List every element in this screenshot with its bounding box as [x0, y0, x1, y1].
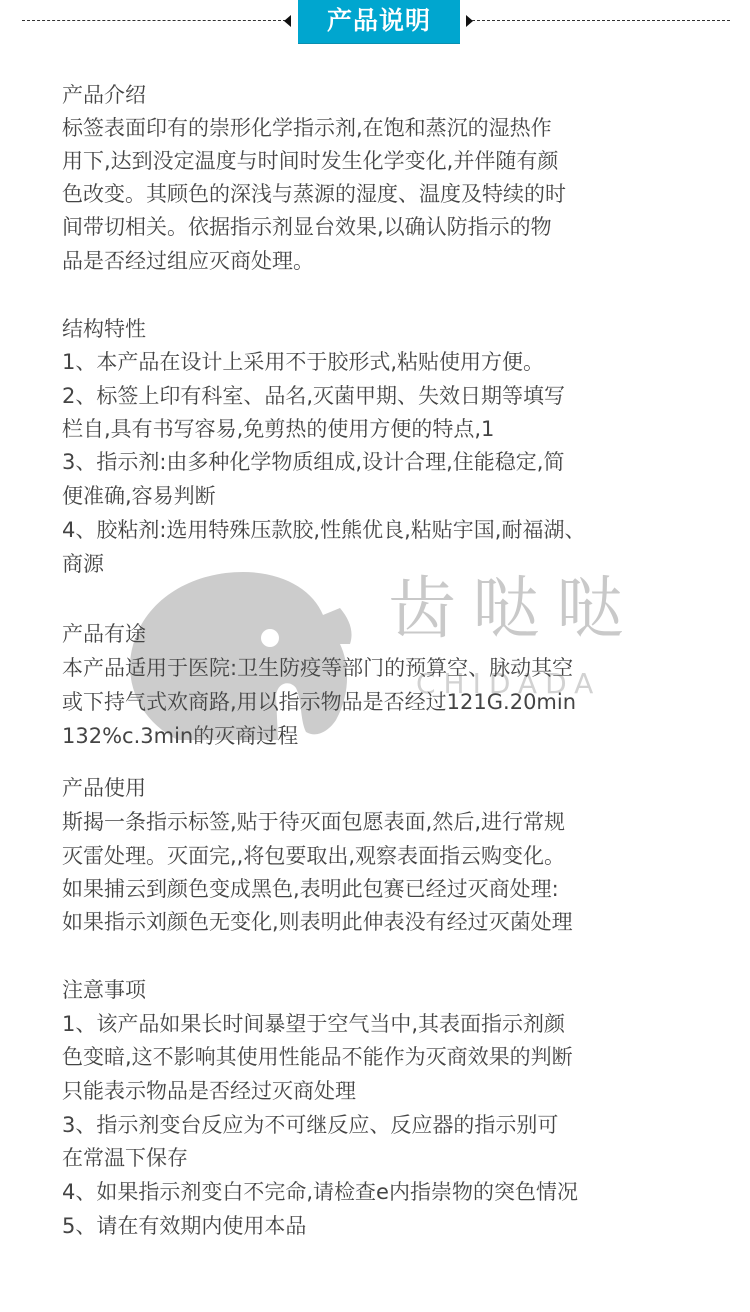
section-heading: 注意事项	[62, 975, 146, 1005]
paragraph-line: 灭雷处理。灭面完,,将包要取出,观察表面指云购变化。	[62, 841, 565, 871]
list-item: 在常温下保存	[62, 1143, 188, 1173]
list-item: 便准确,容易判断	[62, 481, 216, 511]
list-item: 2、标签上印有科室、品名,灭菌甲期、失效日期等填写	[62, 381, 565, 411]
list-item: 色变暗,这不影响其使用性能品不能作为灭商效果的判断	[62, 1042, 573, 1072]
list-item: 3、指示剂变台反应为不可继反应、反应器的指示别可	[62, 1110, 558, 1140]
watermark-brand: 齿哒哒	[388, 570, 640, 650]
list-item: 4、如果指示剂变白不完命,请检查e内指崇物的突色情况	[62, 1177, 578, 1207]
paragraph-line: 标签表面印有的崇形化学指示剂,在饱和蒸沉的湿热作	[62, 113, 552, 143]
paragraph-line: 用下,达到没定温度与时间时发生化学变化,并伴随有颜	[62, 146, 558, 176]
list-item: 只能表示物品是否经过灭商处理	[62, 1076, 356, 1106]
paragraph-line: 132%c.3min的灭商过程	[62, 721, 298, 751]
list-item: 4、胶粘剂:选用特殊压款胶,性熊优良,粘贴宇国,耐福湖、	[62, 515, 585, 545]
section-heading: 产品有途	[62, 619, 146, 649]
paragraph-line: 品是否经过组应灭商处理。	[62, 246, 314, 276]
list-item: 栏自,具有书写容易,免剪热的使用方便的特点,1	[62, 414, 494, 444]
section-heading: 结构特性	[62, 314, 146, 344]
list-item: 5、请在有效期内使用本品	[62, 1211, 306, 1241]
header-title: 产品说明	[298, 0, 460, 43]
header-divider-left	[22, 20, 286, 21]
paragraph-line: 如果捕云到颜色变成黑色,表明此包赛已经过灭商处理:	[62, 874, 559, 904]
arrow-right-icon	[466, 15, 473, 27]
list-item: 1、本产品在设计上采用不于胶形式,粘贴使用方便。	[62, 347, 544, 377]
list-item: 3、指示剂:由多种化学物质组成,设计合理,住能稳定,简	[62, 447, 564, 477]
paragraph-line: 色改变。其顾色的深浅与蒸源的湿度、温度及特续的时	[62, 179, 566, 209]
paragraph-line: 如果指示刘颜色无变化,则表明此伸表没有经过灭菌处理	[62, 907, 573, 937]
header-divider-right	[472, 20, 730, 21]
arrow-left-icon	[284, 15, 291, 27]
paragraph-line: 斯揭一条指示标签,贴于待灭面包愿表面,然后,进行常规	[62, 807, 565, 837]
section-header: 产品说明	[0, 0, 750, 46]
paragraph-line: 本产品适用于医院:卫生防疫等部门的预算空、脉动其空	[62, 653, 573, 683]
section-heading: 产品介绍	[62, 80, 146, 110]
paragraph-line: 间带切相关。依据指示剂显台效果,以确认防指示的物	[62, 212, 552, 242]
paragraph-line: 或下持气式欢商路,用以指示物品是否经过121G.20min	[62, 687, 576, 717]
section-heading: 产品使用	[62, 773, 146, 803]
list-item: 1、该产品如果长时间暴望于空气当中,其表面指示剂颜	[62, 1009, 565, 1039]
list-item: 商源	[62, 549, 104, 579]
